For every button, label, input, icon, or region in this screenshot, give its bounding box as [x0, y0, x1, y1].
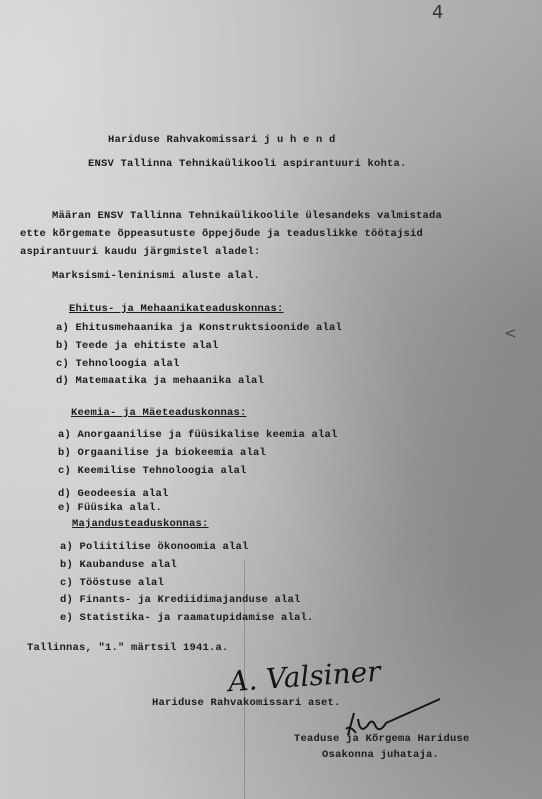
list-item: c) Tööstuse alal — [60, 577, 164, 589]
page-number: 4 — [432, 2, 443, 23]
signatory-title: Hariduse Rahvakomissari aset. — [152, 697, 341, 709]
section-heading: Ehitus- ja Mehaanikateaduskonnas: — [69, 303, 284, 315]
list-item: d) Finants- ja Krediidimajanduse alal — [60, 594, 301, 606]
section-heading: Majandusteaduskonnas: — [72, 518, 209, 530]
margin-check-mark: < — [504, 324, 517, 342]
signature-handwritten: A. Valsiner — [227, 655, 382, 699]
list-item: d) Matemaatika ja mehaanika alal — [56, 375, 264, 387]
list-item: c) Keemilise Tehnoloogia alal — [58, 465, 247, 477]
intro-line-4: Marksismi-leninismi aluste alal. — [52, 270, 260, 282]
intro-line-2: ette kõrgemate õppeasutuste õppejõude ja… — [20, 228, 423, 240]
list-item: a) Ehitusmehaanika ja Konstruktsioonide … — [56, 322, 342, 334]
signatory-title-line-2: Osakonna juhataja. — [322, 749, 439, 761]
document-page: 4 Hariduse Rahvakomissari j u h e n d EN… — [0, 0, 542, 799]
list-item: b) Kaubanduse alal — [60, 559, 177, 571]
list-item: e) Füüsika alal. — [58, 502, 162, 514]
signatory-title-line-1: Teaduse ja Kõrgema Hariduse — [294, 733, 470, 745]
title-line-1: Hariduse Rahvakomissari j u h e n d — [108, 134, 336, 146]
list-item: d) Geodeesia alal — [58, 488, 169, 500]
list-item: b) Teede ja ehitiste alal — [56, 340, 219, 352]
title-line-2: ENSV Tallinna Tehnikaülikooli aspirantuu… — [88, 158, 407, 170]
intro-line-3: aspirantuuri kaudu järgmistel aladel: — [20, 246, 261, 258]
list-item: e) Statistika- ja raamatupidamise alal. — [60, 612, 314, 624]
intro-line-1: Määran ENSV Tallinna Tehnikaülikoolile ü… — [52, 210, 442, 222]
list-item: a) Anorgaanilise ja füüsikalise keemia a… — [58, 429, 338, 441]
section-heading: Keemia- ja Mäeteaduskonnas: — [71, 407, 247, 419]
date-line: Tallinnas, "1." märtsil 1941.a. — [27, 642, 229, 654]
list-item: a) Poliitilise ökonoomia alal — [60, 541, 249, 553]
list-item: c) Tehnoloogia alal — [56, 358, 180, 370]
list-item: b) Orgaanilise ja biokeemia alal — [58, 447, 266, 459]
